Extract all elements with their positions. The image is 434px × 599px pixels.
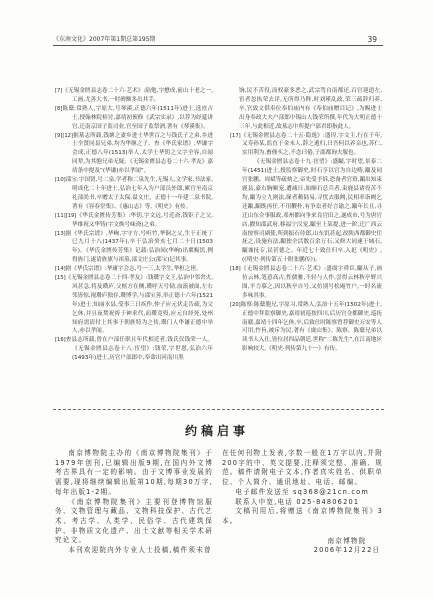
note-text: 据《华氏宗谱》,华峋,字守方,号听竹,华铜之父,生于正统丁巳九月十八(1437年… — [66, 231, 213, 264]
journal-issue-label: 《东南文化》2007年第1期总第195期 — [53, 36, 156, 44]
notice-date: 2006年12月22日 — [311, 546, 383, 556]
notice-gift-line: 文稿刊用后,将赠送《南京博物院集刊》3本。 — [222, 507, 383, 526]
notice-paragraph: 本刊欢迎院内外专业人士投稿,稿件须未曾 — [55, 546, 213, 556]
notice-signature: 南京博物院 — [311, 537, 383, 547]
notice-right-column: 在任何刊物上发表,字数一般在1万字以内,并附200字的中、英文提要,注释须完整、… — [222, 449, 383, 556]
note-ref: [11][19] — [55, 213, 76, 219]
note-ref: [14] — [55, 266, 66, 272]
notes-left-column: [7]《无锡金匮县志卷二十六·艺术》:陆勉,字懋成,前山十老之一,工画,尤善大书… — [55, 87, 213, 363]
note-text: 《华氏金匮传芳集》:华钥,字文远,号近斋,钱钜子之父,华维祝又华铸(字文焕号味斋… — [72, 213, 213, 228]
note-ref: [18] — [230, 266, 241, 272]
notice-email-line: 电子邮件发送至 sq368@21cn.com — [222, 488, 383, 498]
note-text: 查县志所载,曾在户部任职且年代相近者,钱氏仅钱荣一人。《无锡金匮县志卷十八·宦望… — [66, 337, 213, 361]
note-item: [10]邵宝:字国贤,号二泉,学者称二泉先生,无锡人,文学家,书法家,明成化二十… — [55, 176, 213, 212]
note-text: 《无锡金匮县志卷二十六·艺术》:陆勉,字懋成,前山十老之一,工画,尤善大书,一时… — [62, 88, 213, 103]
note-text: 《无锡金匮县志卷二十四·孝友》:钱瓒字文王,弘治中邻舍火,风甚急,将及瓒庐,父柩… — [66, 275, 213, 334]
note-ref: [17] — [230, 133, 241, 139]
note-item: [20]陈察:陈蘖胞兄,字原习,常熟人,弘治十五年(1502年)进士,正德中拜监… — [230, 301, 382, 354]
note-item: [15]《无锡金匮县志卷二十四·孝友》:钱瓒字文王,弘治中邻舍火,风甚急,将及瓒… — [55, 274, 213, 336]
note-ref: [10] — [55, 177, 66, 183]
note-text: 据《华氏宗谱》:华庸字会志,号一三,太学生,华桓之侄。 — [66, 266, 202, 272]
note-item: [17]《无锡金匮县志卷二十五·隐逸》:盛珵,字文主,行在千年,又寿孙某,监直于… — [230, 132, 382, 159]
notice-signature-block: 南京博物院 2006年12月22日 — [311, 537, 383, 556]
note-subparagraph: 《无锡金匮县志卷十九·宦望》:盛顒,字时望,景泰二年(1451)进士,授监察御史… — [230, 158, 382, 265]
page-number: 39 — [367, 36, 377, 44]
notice-paragraph: 南京博物院主办的《南京博物院集刊》于1979年创刊,已编辑出版9期,在国内外文博… — [55, 449, 213, 498]
note-item: [9][12]据墓志所载,钱塘之妻乡进士华世百之与钱氏子之弟,乡进士全贤同县兄弟… — [55, 132, 213, 177]
running-header: 《东南文化》2007年第1期总第195期 39 — [53, 35, 383, 46]
section-divider — [53, 409, 384, 410]
note-ref: [15] — [55, 275, 66, 281]
notice-contact-line: 联系人申宽,电话 025-84806201 — [222, 498, 383, 508]
note-text: 陈蘖:常熟人,字原大,号琴溪,正德六年(1511年)进士,选庶吉士,授翰林院检讨… — [62, 106, 213, 130]
notice-left-column: 南京博物院主办的《南京博物院集刊》于1979年创刊,已编辑出版9期,在国内外文博… — [55, 449, 213, 556]
note-ref: [20] — [230, 302, 241, 308]
note-text: 陈察:陈蘖胞兄,字原习,常熟人,弘治十五年(1502年)进士,正德中拜监察御史,… — [241, 302, 382, 353]
note-item: [11][19]《华氏金匮传芳集》:华钥,字文远,号近斋,钱钜子之父,华维祝又华… — [55, 212, 213, 230]
note-item: [7]《无锡金匮县志卷二十六·艺术》:陆勉,字懋成,前山十老之一,工画,尤善大书… — [55, 87, 213, 105]
note-ref: [13] — [55, 231, 66, 237]
note-ref: [9][12] — [55, 133, 73, 139]
note-text: 邵宝:字国贤,号二泉,学者称二泉先生,无锡人,文学家,书法家,明成化二十年进士,… — [66, 177, 213, 210]
notes-right-column: 饷,民不苦役,而权豪多恶之,武宗驾自南都还,百官迎道左,宦者忽执荣去详,无所得乃… — [230, 87, 382, 354]
note-continuation: 饷,民不苦役,而权豪多恶之,武宗驾自南都还,百官迎道左,宦者忽执荣去详,无所得乃… — [230, 87, 382, 132]
note-ref: [16] — [55, 337, 66, 343]
note-item: [13]据《华氏宗谱》,华峋,字守方,号听竹,华铜之父,生于正统丁巳九月十八(1… — [55, 230, 213, 266]
note-text: 《无锡金匮县志卷二十六·艺术》:盛虞字舜臣,顒从子,画仿云林,笔意高古,性儒雅,… — [241, 266, 382, 299]
note-item: [8]陈蘖:常熟人,字原大,号琴溪,正德六年(1511年)进士,选庶吉士,授翰林… — [55, 105, 213, 132]
note-item: [16]查县志所载,曾在户部任职且年代相近者,钱氏仅钱荣一人。《无锡金匮县志卷十… — [55, 336, 213, 363]
notice-title: 约稿启事 — [0, 424, 434, 438]
notice-paragraph: 《南京博物院集刊》主要刊登博物馆服务、文物管理与藏品、文物科技保护、古代艺术、考… — [55, 498, 213, 547]
note-text: 据墓志所载,钱塘之妻乡进士华世百之与钱氏子之弟,乡进士全贤同县兄弟,均为华继之子… — [72, 133, 213, 175]
note-item: [18]《无锡金匮县志卷二十六·艺术》:盛虞字舜臣,顒从子,画仿云林,笔意高古,… — [230, 265, 382, 301]
notice-paragraph: 在任何刊物上发表,字数一般在1万字以内,并附200字的中、英文提要,注释须完整、… — [222, 449, 383, 488]
note-text: 《无锡金匮县志卷二十五·隐逸》:盛珵,字文主,行在千年,又寿孙某,监直于金未人,… — [241, 133, 382, 157]
note-item: [14]据《华氏宗谱》:华庸字会志,号一三,太学生,华桓之侄。 — [55, 265, 213, 274]
